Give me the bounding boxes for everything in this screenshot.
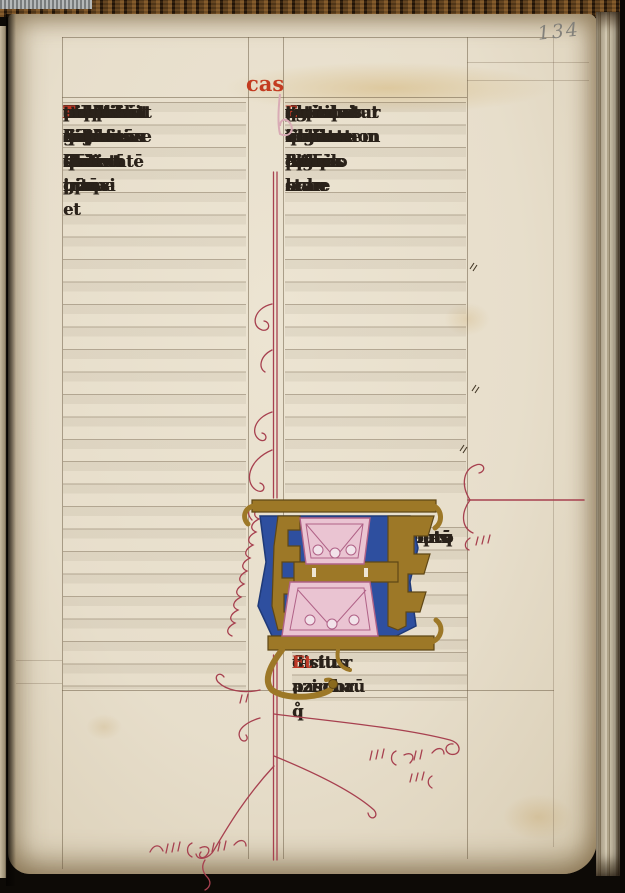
manuscript-page: cas 134 Videte ficulneā etomēs arbores. … xyxy=(8,14,597,874)
manuscript-photo: cas 134 Videte ficulneā etomēs arbores. … xyxy=(0,0,625,893)
headband-fabric xyxy=(0,0,92,9)
illuminated-initial-A xyxy=(238,478,448,728)
fore-edge-page-stack xyxy=(596,12,623,876)
photo-edge-dark xyxy=(620,0,625,893)
gutter-shadow xyxy=(6,14,16,886)
red-penwork-flourishes xyxy=(8,14,597,876)
